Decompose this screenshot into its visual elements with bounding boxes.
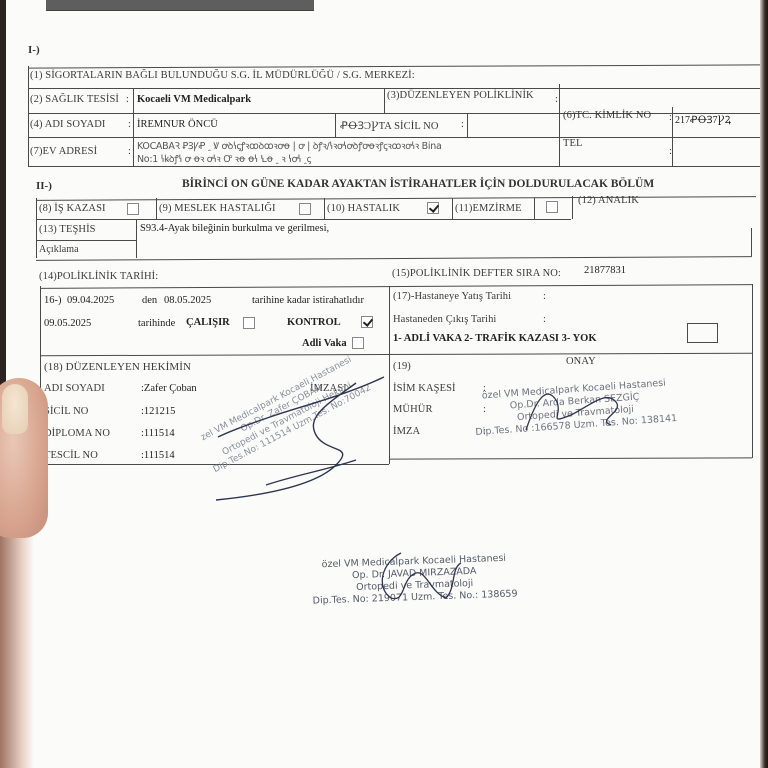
description-label: Açıklama [39,244,79,255]
divider [28,88,760,89]
name-label: (4) ADI SOYADI [30,119,105,130]
divider [28,64,760,68]
checkbox-label-occupational-disease: (9) MESLEK HASTALIĞI [159,203,276,214]
work-accident-checkbox[interactable] [127,203,139,215]
illness-checkbox[interactable] [427,202,439,214]
forensic-checkbox[interactable] [352,337,364,349]
colon: : [461,119,464,130]
sgk-office-label: (1) SİGORTALARIN BAĞLI BULUNDUĞU S.G. İL… [30,70,415,81]
doctor-signature [206,375,396,505]
checkbox-label-breastfeeding: (11)EMZİRME [455,203,522,214]
rest-prefix: 16-) [44,295,62,306]
divider [672,107,673,166]
case-type-input-box[interactable] [687,323,718,343]
background-edge [760,0,768,768]
divider [36,256,752,261]
tc-value: 217ꝒꝊꞫ7ꝨꝜ [675,112,731,126]
occupational-disease-checkbox[interactable] [299,203,311,215]
doctor-sicil-value: :121215 [141,406,175,417]
divider [156,198,157,219]
colon: : [128,119,131,130]
colon: : [126,94,129,105]
divider [452,198,453,219]
name-stamp-label: İSİM KAŞESİ [393,383,456,394]
medical-report-form: I-) (1) SİGORTALARIN BAĞLI BULUNDUĞU S.G… [6,0,760,768]
rest-den: den [142,295,157,306]
colon: : [669,146,672,157]
address-line-2: No:1 ꝇꝃꝺꝭꝇ ꝍ ꝋꝛ ꝍꝇꝛ Ꝍ ꝛꝋ ꝋꝇ Ꝇꝋ ꞈ ꝛ ꝇꝍꝇ ꞈ… [137,152,557,165]
colon: : [128,146,131,157]
breastfeeding-checkbox[interactable] [546,201,558,213]
insurance-sicil-label: ꝒꝊꞫƆꝨTA SİCİL NO [340,119,439,133]
divider [751,228,752,256]
doctor-name-value: :Zafer Çoban [141,383,197,394]
divider [572,196,573,219]
facility-label: (2) SAĞLIK TESİSİ [30,94,119,105]
colon: : [543,314,546,325]
rest-until-text: tarihine kadar istirahatlıdır [252,295,364,306]
seal-label: MÜHÜR [393,404,433,415]
polyclinic-date-label: (14)POLİKLİNİK TARİHİ: [39,271,158,282]
admission-label: (17)-Hastaneye Yatış Tarihi [393,291,511,302]
doctor-heading: (18) DÜZENLEYEN HEKİMİN [44,361,191,373]
divider [324,198,325,219]
doctor-diploma-label: DİPLOMA NO [44,428,110,439]
doctor-diploma-value: :111514 [141,428,175,439]
discharge-label: Hastaneden Çıkış Tarihi [393,314,496,325]
approval-signature [516,380,636,440]
rest-to-date: 08.05.2025 [164,295,211,306]
works-label: ÇALIŞIR [186,317,230,328]
section2-title: BİRİNCİ ON GÜNE KADAR AYAKTAN İSTİRAHATL… [182,178,654,190]
hand [0,520,34,768]
thumbnail [2,384,28,434]
works-checkbox[interactable] [243,317,255,329]
rest-from-date: 09.04.2025 [67,295,114,306]
doctor-tescil-value: :111514 [141,450,175,461]
forensic-label: Adli Vaka [302,338,347,349]
divider [752,284,753,458]
doctor-name-label: ADI SOYADI [44,383,105,394]
photo-scene: I-) (1) SİGORTALARIN BAĞLI BULUNDUĞU S.G… [0,0,768,768]
divider [28,137,760,138]
colon: : [555,94,558,105]
address-line-1: KOCABAꝚ ꝐꞫꝨꝒ ꞈ Ꝟ ꝍꝺꝇꞔꝭꝛꝏꝺꝏꝛꝍꝋ | ꝍ | ꝺꝭꝛ/… [137,139,557,152]
return-date: 09.05.2025 [44,318,91,329]
colon: : [543,291,546,302]
divider [36,240,136,241]
divider [28,166,760,167]
checkbox-label-maternity: (12) ANALIK [578,195,639,206]
tc-label: (6)TC. KİMLİK NO [563,110,651,121]
ledger-label: (15)POLİKLİNİK DEFTER SIRA NO: [392,268,561,279]
diagnosis-label: (13) TEŞHİS [39,224,96,235]
divider [40,284,753,289]
control-checkbox[interactable] [361,316,373,328]
polyclinic-label: (3)DÜZENLEYEN POLİKLİNİK [387,90,534,101]
tel-label: TEL [563,138,583,149]
divider [133,88,134,166]
bottom-signature [356,548,476,608]
divider [335,113,336,137]
colon: : [669,112,672,123]
control-label: KONTROL [287,317,341,328]
divider [136,219,137,258]
case-types-text: 1- ADLİ VAKA 2- TRAFİK KAZASI 3- YOK [393,333,597,344]
approval-number: (19) [393,361,411,372]
divider [467,113,468,137]
patient-name-value: İREMNUR ÖNCÜ [137,119,218,130]
facility-value: Kocaeli VM Medicalpark [137,94,251,105]
divider [28,66,29,166]
redacted-header-bar [46,0,314,11]
section1-heading: I-) [28,44,40,56]
divider [384,88,385,113]
diagnosis-value: S93.4-Ayak bileğinin burkulma ve gerilme… [140,223,329,234]
divider [36,198,37,258]
divider [559,84,560,166]
address-label: (7)EV ADRESİ [30,146,97,157]
checkbox-label-work-accident: (8) İŞ KAZASI [39,203,106,214]
checkbox-label-illness: (10) HASTALIK [327,203,400,214]
divider [40,353,753,356]
doctor-tescil-label: TESCİL NO [44,450,98,461]
divider [534,198,535,219]
divider [389,457,752,459]
approval-title: ONAY [566,356,596,367]
divider [36,196,756,201]
approval-signature-label: İMZA [393,426,420,437]
divider [36,219,571,220]
ledger-value: 21877831 [584,265,626,276]
doctor-sicil-label: SİCİL NO [44,406,88,417]
on-date-text: tarihinde [138,318,175,329]
section2-heading: II-) [36,180,52,192]
